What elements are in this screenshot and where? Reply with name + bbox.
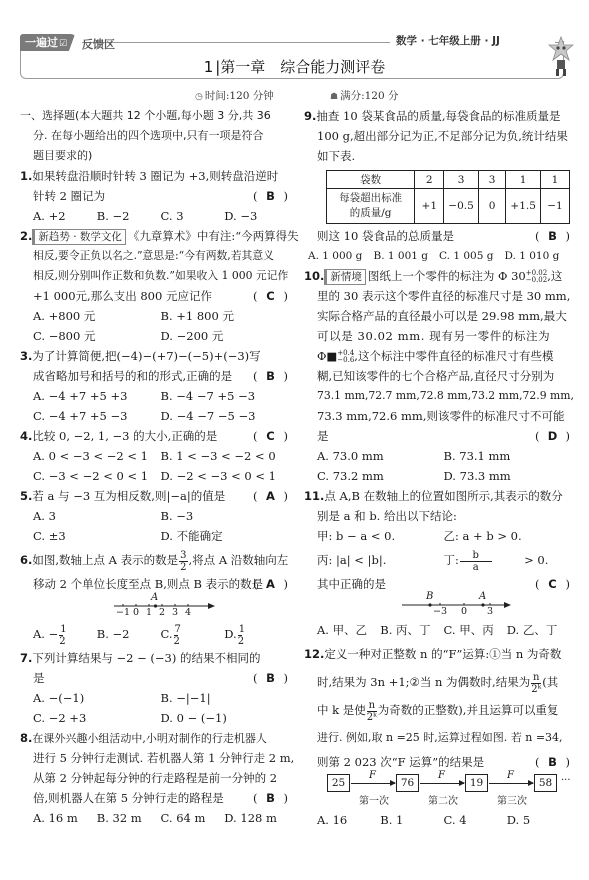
answer: C: [540, 574, 566, 594]
option-d: D. −200 元: [161, 326, 289, 346]
answer-slot: (A): [253, 574, 288, 594]
option-a: A. +800 元: [33, 306, 161, 326]
question-text: 是: [33, 671, 45, 685]
question-text: 倍,则机器人在第 5 分钟行走的路程是: [33, 791, 224, 805]
option-a: A. 73.0 mm: [317, 446, 444, 466]
option-b: B. −2: [97, 206, 161, 226]
option-c: C. 64 m: [161, 808, 225, 828]
question-text: ,这: [547, 269, 562, 283]
question-text: 在课外兴趣小组活动中,小明对制作的行走机器人: [32, 732, 267, 745]
point-a-label: A: [479, 591, 486, 602]
question-number: 11.: [304, 489, 324, 503]
chapter-number: 1: [204, 58, 214, 76]
row-header-line: 每袋超出标准: [339, 192, 402, 204]
question-text: 如果转盘沿顺时针转 3 圈记为 +3,则转盘沿逆时: [32, 169, 278, 183]
options: C. ±3D. 不能确定: [20, 526, 288, 546]
option-d: D. 128 m: [224, 808, 288, 828]
option-b: B. +1 800 元: [161, 306, 289, 326]
checkmark-icon: ☑: [59, 39, 67, 49]
question-8: 8.在课外兴趣小组活动中,小明对制作的行走机器人 进行 5 分钟行走测试. 若机…: [20, 728, 288, 828]
topic-badge: 新情境: [324, 269, 366, 285]
option-c: C. 73.2 mm: [317, 466, 444, 486]
question-text: 是: [317, 429, 329, 443]
option-b: B. −3: [161, 506, 289, 526]
arrow-icon: [489, 783, 533, 784]
tolerance-lower: −0.02: [526, 277, 547, 284]
option-c: C. −3 < −2 < 0 < 1: [33, 466, 161, 486]
question-text: 相反,则分别叫作正数和负数.”如果收入 1 000 元记作: [33, 269, 288, 282]
answer-slot: (B): [253, 788, 288, 808]
fraction: 12: [238, 624, 254, 647]
question-text: 糊,已知该零件的七个合格产品,直径尺寸分别为: [317, 369, 554, 383]
options: A. 0 < −3 < −2 < 1B. 1 < −3 < −2 < 0: [20, 446, 288, 466]
tolerance-lower: −0.6: [337, 357, 354, 364]
option-a: A. 1 000 g: [308, 246, 374, 266]
denominator: 2ᵏ: [367, 712, 377, 723]
options: C. −2 +3D. 0 − (−1): [20, 708, 288, 728]
option-prefix: A. −: [33, 627, 58, 641]
conclusion-ding: 丁:ba> 0.: [444, 546, 571, 574]
data-table: 袋数 2 3 3 1 1 每袋超出标准的质量/g +1 −0.5 0 +1.5 …: [326, 170, 570, 224]
denominator: 2: [59, 636, 63, 647]
answer: B: [258, 788, 284, 808]
step-caption: 第三次: [497, 792, 527, 807]
step-caption: 第二次: [428, 792, 458, 807]
option-d: D. 73.3 mm: [444, 466, 571, 486]
fraction: 72: [174, 624, 190, 647]
tick-label: 0: [133, 607, 139, 618]
option-d: D.12: [224, 620, 288, 648]
tick-label: −1: [116, 607, 130, 618]
options: A. −4 +7 +5 +3B. −4 −7 +5 −3: [20, 386, 288, 406]
option-a: A. 16: [317, 810, 380, 830]
question-1: 1.如果转盘沿顺时针转 3 圈记为 +3,则转盘沿逆时 针转 2 圈记为(B) …: [20, 166, 288, 226]
question-number: 1.: [20, 169, 32, 183]
options: A. 16B. 1C. 4D. 5: [304, 810, 570, 830]
operation-label: F: [369, 770, 376, 781]
option-prefix: B. −2: [97, 627, 130, 641]
option-d: D. 0 − (−1): [161, 708, 289, 728]
section-heading-cont: 题目要求的): [20, 146, 288, 166]
answer-slot: (B): [535, 752, 570, 772]
option-d: D. 不能确定: [161, 526, 289, 546]
grad-cap-icon: ☗: [330, 92, 338, 102]
question-number: 8.: [20, 731, 32, 745]
conclusion-label: 丁:: [444, 553, 459, 567]
table-cell: +1: [415, 189, 444, 224]
option-d: D. 1 010 g: [505, 246, 571, 266]
clock-icon: ◷: [195, 92, 203, 102]
question-text: 则这 10 袋食品的总质量是: [317, 229, 454, 243]
table-row: 每袋超出标准的质量/g +1 −0.5 0 +1.5 −1: [327, 189, 570, 224]
question-text: (其: [542, 675, 558, 689]
question-text: +1 000元,那么支出 800 元应记作: [33, 289, 212, 303]
table-cell: 3: [478, 171, 506, 189]
point-a-label: A: [151, 592, 158, 603]
question-number: 6.: [20, 553, 32, 567]
question-text: ,将点 A 沿数轴向左: [189, 553, 289, 567]
option-a: A. −(−1): [33, 688, 161, 708]
option-c: C. ±3: [33, 526, 161, 546]
options: C. −3 < −2 < 0 < 1D. −2 < −3 < 0 < 1: [20, 466, 288, 486]
option-b: B. −4 −7 +5 −3: [161, 386, 289, 406]
option-b: B. 32 m: [97, 808, 161, 828]
option-a: A. 甲、乙: [317, 620, 380, 640]
table-cell: 0: [478, 189, 506, 224]
number-line-figure: B A −3 0 3: [304, 594, 570, 620]
numerator: n: [367, 700, 377, 712]
question-text: 《九章算术》中有注:“今两算得失: [128, 229, 299, 243]
fraction: ba: [460, 550, 523, 573]
answer-slot: (D): [535, 426, 570, 446]
time-limit: ◷时间:120 分钟: [195, 88, 274, 103]
option-b: B. 1: [380, 810, 443, 830]
denominator: 2: [174, 636, 178, 647]
question-7: 7.下列计算结果与 −2 − (−3) 的结果不相同的 是(B) A. −(−1…: [20, 648, 288, 728]
tick-label: 3: [172, 607, 178, 618]
conclusion-jia: 甲: b − a < 0.: [317, 526, 444, 546]
question-12: 12.定义一种对正整数 n 的“F”运算:①当 n 为奇数 时,结果为 3n +…: [304, 640, 570, 830]
options: A. −12 B. −2 C.72 D.12: [20, 620, 288, 648]
option-c: C. −800 元: [33, 326, 161, 346]
number-line-figure: A −1 0 1 2 3 4: [20, 594, 288, 620]
question-9: 9.抽查 10 袋某食品的质量,每袋食品的标准质量是 100 g,超出部分记为正…: [304, 106, 570, 266]
option-d: D. −4 −7 −5 −3: [161, 406, 289, 426]
options: C. −4 +7 +5 −3D. −4 −7 −5 −3: [20, 406, 288, 426]
options: A. −(−1)B. −|−1|: [20, 688, 288, 708]
answer: B: [258, 668, 284, 688]
option-a: A. 0 < −3 < −2 < 1: [33, 446, 161, 466]
option-prefix: C.: [161, 627, 173, 641]
question-number: 7.: [20, 651, 32, 665]
numerator: b: [460, 550, 492, 562]
option-d: D. 5: [507, 810, 570, 830]
option-d: D. −3: [224, 206, 288, 226]
table-cell: 1: [540, 171, 569, 189]
question-text: 图纸上一个零件的标注为 Φ 30: [368, 269, 526, 283]
option-c: C. 甲、丙: [444, 620, 507, 640]
feedback-area-label: 反馈区: [82, 36, 115, 52]
option-d: D. 乙、丁: [507, 620, 570, 640]
tolerance: +0.02−0.02: [526, 270, 547, 284]
question-text: 其中正确的是: [317, 577, 386, 591]
series-tag-label: 一遍过: [25, 36, 58, 49]
tick-label: 2: [159, 607, 165, 618]
numerator: 7: [174, 624, 178, 636]
option-a: A. −12: [33, 620, 97, 648]
question-text: 为奇数的正整数),并且运算可以重复: [378, 703, 559, 717]
option-prefix: D.: [224, 627, 236, 641]
question-number: 9.: [304, 109, 316, 123]
question-text: 里的 30 表示这个零件直径的标准尺寸是 30 mm,: [317, 289, 570, 303]
ellipsis: ···: [561, 775, 571, 786]
chapter-title: 第一章 综合能力测评卷: [220, 58, 385, 76]
table-cell: 2: [415, 171, 444, 189]
question-text: 比较 0, −2, 1, −3 的大小,正确的是: [32, 429, 217, 443]
question-number: 3.: [20, 349, 32, 363]
option-c: C. 1 005 g: [439, 246, 505, 266]
answer-slot: (C): [535, 574, 570, 594]
answer-slot: (C): [253, 426, 288, 446]
numerator: 1: [238, 624, 242, 636]
step-caption: 第一次: [359, 792, 389, 807]
options: A. +2B. −2C. 3D. −3: [20, 206, 288, 226]
question-text: 如下表.: [317, 149, 355, 163]
answer: D: [540, 426, 566, 446]
question-text: 移动 2 个单位长度至点 B,则点 B 表示的数是: [33, 577, 263, 591]
blurred-dimension: Φ■: [317, 349, 337, 363]
answer: A: [258, 574, 284, 594]
question-text: 则第 2 023 次“F 运算”的结果是: [317, 755, 484, 769]
question-number: 5.: [20, 489, 32, 503]
numerator: 1: [59, 624, 63, 636]
operation-label: F: [507, 770, 514, 781]
header-divider: [78, 42, 390, 43]
flow-box: 25: [327, 774, 350, 792]
option-c: C. −4 +7 +5 −3: [33, 406, 161, 426]
question-2: 2.新趋势 · 数学文化《九章算术》中有注:“今两算得失 相反,要令正负以名之.…: [20, 226, 288, 346]
options: A. 73.0 mmB. 73.1 mm: [304, 446, 570, 466]
option-c: C. −2 +3: [33, 708, 161, 728]
numerator: 3: [179, 550, 187, 562]
question-text: 点 A,B 在数轴上的位置如图所示,其表示的数分: [324, 489, 562, 503]
question-3: 3.为了计算简便,把(−4)−(+7)−(−5)+(−3)写 成省略加号和括号的…: [20, 346, 288, 426]
tick-label: 0: [461, 606, 467, 617]
options: A. 3B. −3: [20, 506, 288, 526]
conclusion-text: > 0.: [524, 553, 548, 567]
answer: B: [540, 226, 566, 246]
page-title: 1|第一章 综合能力测评卷: [0, 56, 589, 77]
left-column: 一、选择题(本大题共 12 个小题,每小题 3 分,共 36 分. 在每小题给出…: [20, 106, 288, 828]
option-b: B. 1 001 g: [374, 246, 440, 266]
flow-box: 58: [534, 774, 557, 792]
tick-label: −3: [433, 606, 447, 617]
question-text: 如图,数轴上点 A 表示的数是: [32, 553, 178, 567]
answer: C: [258, 286, 284, 306]
row-header: 每袋超出标准的质量/g: [327, 189, 415, 224]
table-cell: 3: [444, 171, 479, 189]
answer: B: [258, 186, 284, 206]
answer-slot: (B): [535, 226, 570, 246]
conclusions: 甲: b − a < 0.乙: a + b > 0.: [304, 526, 570, 546]
denominator: 2: [238, 636, 242, 647]
arrow-icon: [420, 783, 464, 784]
conclusion-bing: 丙: |a| < |b|.: [317, 546, 444, 574]
answer: C: [258, 426, 284, 446]
options: A. +800 元B. +1 800 元: [20, 306, 288, 326]
question-number: 10.: [304, 269, 324, 283]
options: C. 73.2 mmD. 73.3 mm: [304, 466, 570, 486]
tick-label: 3: [487, 606, 493, 617]
answer: B: [258, 366, 284, 386]
question-number: 2.: [20, 229, 32, 243]
question-6: 6.如图,数轴上点 A 表示的数是32,将点 A 沿数轴向左 移动 2 个单位长…: [20, 546, 288, 648]
question-text: 可以是 30.02 mm. 现有另一零件的标注为: [317, 329, 550, 343]
fraction: 12: [59, 624, 75, 647]
denominator: 2: [179, 562, 187, 573]
question-text: 进行. 例如,取 n =25 时,运算过程如图. 若 n =34,: [317, 731, 563, 744]
table-cell: −0.5: [444, 189, 479, 224]
option-a: A. 16 m: [33, 808, 97, 828]
question-text: 进行 5 分钟行走测试. 若机器人第 1 分钟行走 2 m,: [33, 751, 294, 765]
option-b: B. 73.1 mm: [444, 446, 571, 466]
full-score: ☗满分:120 分: [330, 88, 399, 103]
question-text: 为了计算简便,把(−4)−(+7)−(−5)+(−3)写: [32, 349, 260, 363]
question-5: 5.若 a 与 −3 互为相反数,则|−a|的值是(A) A. 3B. −3 C…: [20, 486, 288, 546]
denominator: a: [460, 562, 492, 573]
question-10: 10.新情境图纸上一个零件的标注为 Φ 30+0.02−0.02,这 里的 30…: [304, 266, 570, 486]
option-d: D. −2 < −3 < 0 < 1: [161, 466, 289, 486]
question-11: 11.点 A,B 在数轴上的位置如图所示,其表示的数分 别是 a 和 b. 给出…: [304, 486, 570, 640]
denominator: 2ᵏ: [531, 684, 541, 695]
fraction: n2ᵏ: [367, 700, 377, 723]
question-text: 下列计算结果与 −2 − (−3) 的结果不相同的: [32, 651, 260, 665]
fraction: 32: [179, 550, 187, 573]
option-b: B. −|−1|: [161, 688, 289, 708]
answer-slot: (A): [253, 486, 288, 506]
option-b: B. 1 < −3 < −2 < 0: [161, 446, 289, 466]
answer-slot: (B): [253, 668, 288, 688]
options: A. 甲、乙B. 丙、丁C. 甲、丙D. 乙、丁: [304, 620, 570, 640]
option-a: A. +2: [33, 206, 97, 226]
question-number: 4.: [20, 429, 32, 443]
answer: A: [258, 486, 284, 506]
question-text: 若 a 与 −3 互为相反数,则|−a|的值是: [32, 489, 225, 503]
answer-slot: (C): [253, 286, 288, 306]
fraction: n2ᵏ: [531, 672, 541, 695]
table-row: 袋数 2 3 3 1 1: [327, 171, 570, 189]
option-a: A. −4 +7 +5 +3: [33, 386, 161, 406]
row-header-line: 的质量/g: [350, 207, 392, 219]
table-cell: 1: [506, 171, 541, 189]
tolerance: +0.4−0.6: [337, 350, 354, 364]
arrow-icon: [351, 783, 395, 784]
flow-box: 19: [465, 774, 488, 792]
tick-label: 4: [185, 607, 191, 618]
options: A. 1 000 gB. 1 001 gC. 1 005 gD. 1 010 g: [304, 246, 570, 266]
answer-slot: (B): [253, 366, 288, 386]
tick-label: 1: [146, 607, 152, 618]
question-text: 中 k 是使: [317, 703, 366, 717]
question-text: 从第 2 分钟起每分钟的行走路程是前一分钟的 2: [33, 771, 277, 785]
question-text: 定义一种对正整数 n 的“F”运算:①当 n 为奇数: [324, 647, 561, 661]
question-text: ,这个标注中零件直径的标准尺寸有些模: [354, 349, 553, 363]
section-heading-cont: 分. 在每小题给出的四个选项中,只有一项是符合: [20, 126, 288, 146]
question-4: 4.比较 0, −2, 1, −3 的大小,正确的是(C) A. 0 < −3 …: [20, 426, 288, 486]
score-label: 满分:120 分: [340, 90, 398, 102]
flow-box: 76: [396, 774, 419, 792]
table-cell: −1: [540, 189, 569, 224]
section-heading: 一、选择题(本大题共 12 个小题,每小题 3 分,共 36: [20, 106, 288, 126]
question-text: 73.1 mm,72.7 mm,72.8 mm,73.2 mm,72.9 mm,: [317, 389, 574, 402]
question-text: 针转 2 圈记为: [33, 189, 105, 203]
options: A. 16 mB. 32 mC. 64 mD. 128 m: [20, 808, 288, 828]
question-text: 抽查 10 袋某食品的质量,每袋食品的标准质量是: [316, 109, 560, 123]
table-cell: +1.5: [506, 189, 541, 224]
option-c: C. 3: [161, 206, 225, 226]
option-a: A. 3: [33, 506, 161, 526]
options: C. −800 元D. −200 元: [20, 326, 288, 346]
right-column: 9.抽查 10 袋某食品的质量,每袋食品的标准质量是 100 g,超出部分记为正…: [304, 106, 570, 830]
operation-label: F: [438, 770, 445, 781]
question-number: 12.: [304, 647, 324, 661]
topic-badge: 新趋势 · 数学文化: [32, 229, 126, 245]
option-b: B. 丙、丁: [380, 620, 443, 640]
question-text: 时,结果为 3n +1;②当 n 为偶数时,结果为: [317, 675, 530, 689]
option-b: B. −2: [97, 620, 161, 648]
option-c: C. 4: [444, 810, 507, 830]
book-info: 数学 · 七年级上册 · JJ: [396, 33, 500, 48]
conclusion-yi: 乙: a + b > 0.: [444, 526, 571, 546]
answer-slot: (B): [253, 186, 288, 206]
row-header: 袋数: [327, 171, 415, 189]
numerator: n: [531, 672, 541, 684]
question-text: 100 g,超出部分记为正,不足部分记为负,统计结果: [317, 129, 568, 143]
question-text: 相反,要令正负以名之.”意思是:“今有两数,若其意义: [33, 249, 274, 262]
time-label: 时间:120 分钟: [205, 90, 274, 102]
question-text: 成省略加号和括号的和的形式,正确的是: [33, 369, 232, 383]
conclusions: 丙: |a| < |b|.丁:ba> 0.: [304, 546, 570, 574]
question-text: 73.3 mm,72.6 mm,则该零件的标准尺寸不可能: [317, 409, 564, 423]
question-text: 别是 a 和 b. 给出以下结论:: [317, 509, 457, 523]
point-b-label: B: [426, 591, 433, 602]
option-c: C.72: [161, 620, 225, 648]
question-text: 实际合格产品的直径最小可以是 29.98 mm,最大: [317, 309, 567, 323]
answer: B: [540, 752, 566, 772]
